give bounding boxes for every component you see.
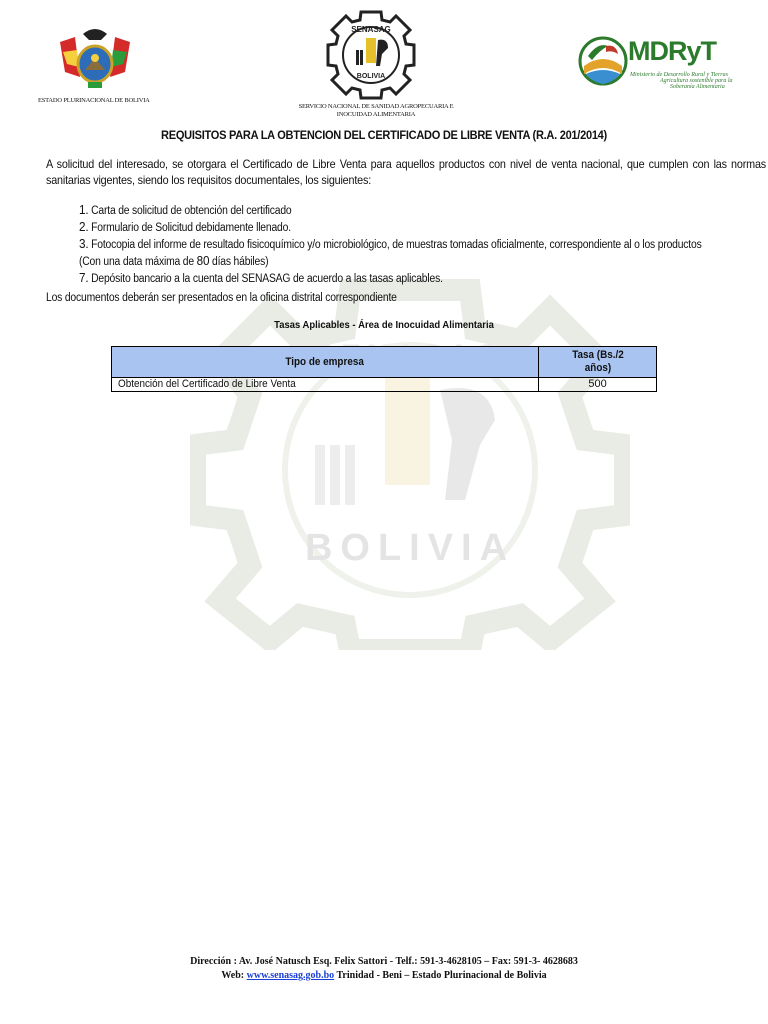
table-header-row: Tipo de empresa Tasa (Bs./2 años)	[112, 347, 657, 378]
website-link[interactable]: www.senasag.gob.bo	[247, 970, 335, 981]
header-fee: Tasa (Bs./2 años)	[539, 347, 657, 378]
requirement-text: Depósito bancario a la cuenta del SENASA…	[91, 273, 443, 285]
requirement-number: 7.	[79, 270, 88, 285]
svg-text:BOLIVIA: BOLIVIA	[357, 73, 385, 80]
mdryt-title: MDRyT	[628, 36, 716, 67]
requirement-item: 2. Formulario de Solicitud debidamente l…	[79, 219, 750, 236]
svg-text:SENASAG: SENASAG	[351, 25, 391, 34]
requirement-item: 3. Fotocopia del informe de resultado fi…	[79, 236, 750, 253]
requirement-text: Fotocopia del informe de resultado fisic…	[91, 239, 701, 251]
svg-text:BOLIVIA: BOLIVIA	[305, 527, 515, 569]
center-org-line2: INOCUIDAD ALIMENTARIA	[260, 111, 492, 119]
documents-note: Los documentos deberán ser presentados e…	[46, 292, 397, 304]
footer-location: Trinidad - Beni – Estado Plurinacional d…	[334, 970, 546, 981]
table-caption: Tasas Aplicables - Área de Inocuidad Ali…	[38, 319, 729, 331]
bolivia-coat-of-arms-logo	[55, 22, 135, 94]
center-org-name: SERVICIO NACIONAL DE SANIDAD AGROPECUARI…	[260, 103, 492, 119]
requirements-list: 1. Carta de solicitud de obtención del c…	[79, 202, 750, 287]
center-org-line1: SERVICIO NACIONAL DE SANIDAD AGROPECUARI…	[260, 103, 492, 111]
mdryt-emblem-icon	[578, 32, 628, 90]
requirement-item-continuation: (Con una data máxima de 80 días hábiles)	[79, 253, 750, 270]
footer-web-line: Web: www.senasag.gob.bo Trinidad - Beni …	[0, 969, 768, 983]
requirement-text: Carta de solicitud de obtención del cert…	[91, 205, 291, 217]
requirement-text: Formulario de Solicitud debidamente llen…	[91, 222, 291, 234]
mdryt-sub-line3: Soberanía Alimentaria	[630, 84, 750, 90]
requirement-number: 2.	[79, 219, 88, 234]
left-org-name: ESTADO PLURINACIONAL DE BOLIVIA	[38, 97, 150, 104]
requirement-item: 7. Depósito bancario a la cuenta del SEN…	[79, 270, 750, 287]
footer-address: Dirección : Av. José Natusch Esq. Felix …	[0, 955, 768, 969]
intro-paragraph: A solicitud del interesado, se otorgara …	[46, 156, 766, 188]
cell-fee: 500	[539, 378, 657, 392]
requirement-number: 3.	[79, 236, 88, 251]
requirement-text: días hábiles)	[209, 256, 268, 268]
footer: Dirección : Av. José Natusch Esq. Felix …	[0, 955, 768, 983]
senasag-logo: SENASAG BOLIVIA	[326, 10, 416, 100]
web-label: Web:	[221, 970, 246, 981]
mdryt-logo: MDRyT Ministerio de Desarrollo Rural y T…	[578, 32, 758, 92]
fees-table: Tipo de empresa Tasa (Bs./2 años) Obtenc…	[111, 346, 657, 392]
document-title: REQUISITOS PARA LA OBTENCION DEL CERTIFI…	[31, 128, 738, 142]
cell-company-type: Obtención del Certificado de Libre Venta	[112, 378, 539, 392]
mdryt-subtitle: Ministerio de Desarrollo Rural y Tierras…	[630, 72, 750, 90]
requirement-item: 1. Carta de solicitud de obtención del c…	[79, 202, 750, 219]
header-company-type: Tipo de empresa	[112, 347, 539, 378]
table-row: Obtención del Certificado de Libre Venta…	[112, 378, 657, 392]
requirement-number: 1.	[79, 202, 88, 217]
requirement-text: (Con una data máxima de	[79, 256, 197, 268]
requirement-days-value: 80	[197, 253, 210, 268]
